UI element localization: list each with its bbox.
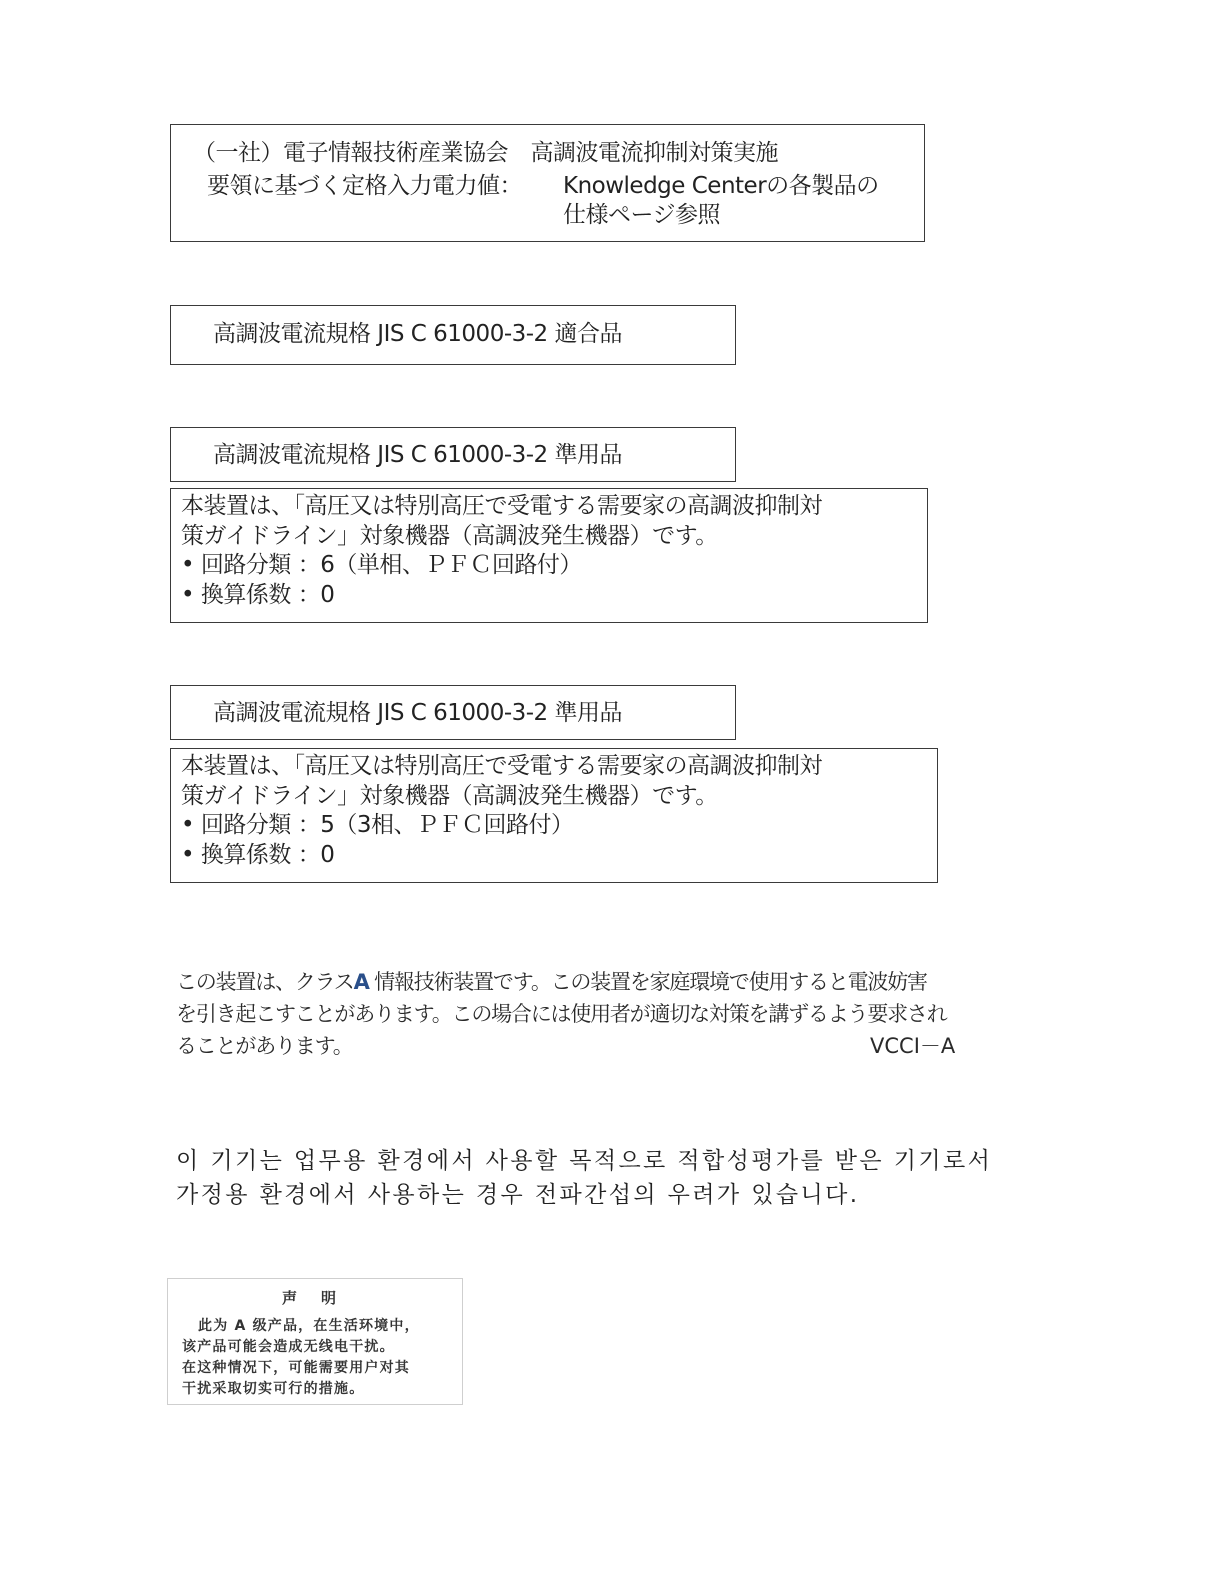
korean-emc-notice: 이 기기는 업무용 환경에서 사용할 목적으로 적합성평가를 받은 기기로서 가… [176, 1144, 992, 1212]
chinese-class-a-statement: 声明 此为 A 级产品，在生活环境中， 该产品可能会造成无线电干扰。 在这种情况… [167, 1278, 463, 1405]
guideline-text-line: 策ガイドライン」対象機器（高調波発生機器）です。 [181, 521, 718, 551]
jis-compliant-label: 高調波電流規格 JIS C 61000-3-2 適合品 [213, 319, 622, 349]
statement-line: 该产品可能会造成无线电干扰。 [182, 1336, 395, 1356]
conversion-factor-item: • 換算係数 ：0 [181, 840, 334, 870]
jis-applied-header-box-three-phase: 高調波電流規格 JIS C 61000-3-2 準用品 [170, 685, 736, 740]
guideline-text-line: 本装置は、「高圧又は特別高圧で受電する需要家の高調波抑制対 [181, 491, 822, 521]
vcci-line-2: を引き起こすことがあります。この場合には使用者が適切な対策を講ずるよう要求され [176, 998, 1036, 1030]
vcci-mark: VCCI－A [870, 1030, 955, 1062]
rated-input-label: 要領に基づく定格入力電力値： [207, 171, 522, 201]
circuit-class-item: • 回路分類 ：5（3相、ＰＦＣ回路付） [181, 810, 573, 840]
statement-line: 干扰采取切实可行的措施。 [182, 1378, 364, 1398]
statement-line: 在这种情况下，可能需要用户对其 [182, 1357, 410, 1377]
guideline-text-line: 策ガイドライン」対象機器（高調波発生機器）です。 [181, 781, 718, 811]
statement-title: 声明 [168, 1287, 462, 1308]
vcci-text: この装置は、クラス [176, 970, 354, 994]
conversion-factor-item: • 換算係数 ：0 [181, 580, 334, 610]
vcci-line-1: この装置は、クラスA 情報技術装置です。この装置を家庭環境で使用すると電波妨害 [176, 966, 1036, 998]
statement-line: 此为 A 级产品，在生活环境中， [198, 1315, 420, 1335]
jis-applied-label: 高調波電流規格 JIS C 61000-3-2 準用品 [213, 698, 622, 728]
vcci-text: 情報技術装置です。この装置を家庭環境で使用すると電波妨害 [369, 970, 927, 994]
korean-line-1: 이 기기는 업무용 환경에서 사용할 목적으로 적합성평가를 받은 기기로서 [176, 1144, 992, 1178]
jis-compliant-box: 高調波電流規格 JIS C 61000-3-2 適合品 [170, 305, 736, 365]
jis-applied-label: 高調波電流規格 JIS C 61000-3-2 準用品 [213, 440, 622, 470]
vcci-notice: この装置は、クラスA 情報技術装置です。この装置を家庭環境で使用すると電波妨害 … [176, 966, 1036, 1062]
jis-applied-header-box-single-phase: 高調波電流規格 JIS C 61000-3-2 準用品 [170, 427, 736, 482]
rated-input-value: Knowledge Centerの各製品の [563, 171, 879, 201]
rated-input-power-box: （一社）電子情報技術産業協会 高調波電流抑制対策実施 要領に基づく定格入力電力値… [170, 124, 925, 242]
vcci-class-letter: A [354, 970, 369, 994]
korean-line-2: 가정용 환경에서 사용하는 경우 전파간섭의 우려가 있습니다. [176, 1178, 992, 1212]
circuit-class-item: • 回路分類 ：6（単相、ＰＦＣ回路付） [181, 550, 582, 580]
rated-input-value-cont: 仕様ページ参照 [563, 200, 720, 230]
guideline-text-line: 本装置は、「高圧又は特別高圧で受電する需要家の高調波抑制対 [181, 751, 822, 781]
harmonic-guideline-box-three-phase: 本装置は、「高圧又は特別高圧で受電する需要家の高調波抑制対 策ガイドライン」対象… [170, 748, 938, 883]
jeita-guideline-text: （一社）電子情報技術産業協会 高調波電流抑制対策実施 [193, 138, 778, 168]
harmonic-guideline-box-single-phase: 本装置は、「高圧又は特別高圧で受電する需要家の高調波抑制対 策ガイドライン」対象… [170, 488, 928, 623]
